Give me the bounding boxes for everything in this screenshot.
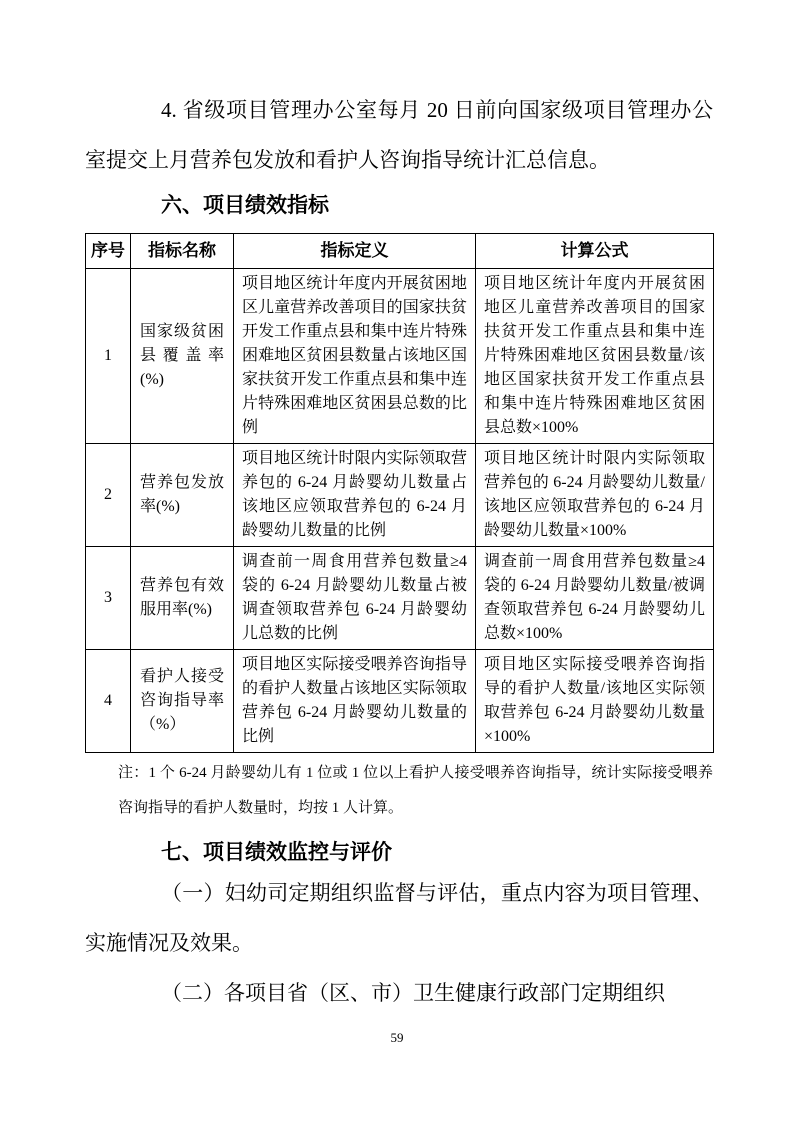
table-row: 3 营养包有效服用率(%) 调查前一周食用营养包数量≥4 袋的 6-24 月龄婴… bbox=[86, 547, 714, 650]
cell-formula: 项目地区实际接受喂养咨询指导的看护人数量/该地区实际领取营养包 6-24 月龄婴… bbox=[476, 650, 714, 753]
cell-formula: 项目地区统计年度内开展贫困地区儿童营养改善项目的国家扶贫开发工作重点县和集中连片… bbox=[476, 269, 714, 444]
paragraph-7-1: （一）妇幼司定期组织监督与评估，重点内容为项目管理、实施情况及效果。 bbox=[85, 868, 713, 968]
cell-index: 4 bbox=[86, 650, 131, 753]
performance-indicators-table: 序号 指标名称 指标定义 计算公式 1 国家级贫困县覆盖率(%) 项目地区统计年… bbox=[85, 233, 714, 753]
column-header-index: 序号 bbox=[86, 234, 131, 269]
table-header-row: 序号 指标名称 指标定义 计算公式 bbox=[86, 234, 714, 269]
cell-index: 1 bbox=[86, 269, 131, 444]
cell-indicator-definition: 项目地区实际接受喂养咨询指导的看护人数量占该地区实际领取营养包 6-24 月龄婴… bbox=[234, 650, 476, 753]
table-row: 4 看护人接受咨询指导率（%） 项目地区实际接受喂养咨询指导的看护人数量占该地区… bbox=[86, 650, 714, 753]
column-header-formula: 计算公式 bbox=[476, 234, 714, 269]
cell-index: 3 bbox=[86, 547, 131, 650]
table-row: 2 营养包发放率(%) 项目地区统计时限内实际领取营养包的 6-24 月龄婴幼儿… bbox=[86, 444, 714, 547]
document-page: 4. 省级项目管理办公室每月 20 日前向国家级项目管理办公室提交上月营养包发放… bbox=[0, 0, 794, 1122]
column-header-indicator-name: 指标名称 bbox=[131, 234, 234, 269]
table-row: 1 国家级贫困县覆盖率(%) 项目地区统计年度内开展贫困地区儿童营养改善项目的国… bbox=[86, 269, 714, 444]
paragraph-item-4: 4. 省级项目管理办公室每月 20 日前向国家级项目管理办公室提交上月营养包发放… bbox=[85, 85, 713, 185]
cell-indicator-name: 国家级贫困县覆盖率(%) bbox=[131, 269, 234, 444]
cell-indicator-name: 营养包有效服用率(%) bbox=[131, 547, 234, 650]
paragraph-7-2: （二）各项目省（区、市）卫生健康行政部门定期组织 bbox=[85, 968, 713, 1018]
section-6-heading: 六、项目绩效指标 bbox=[85, 191, 713, 221]
section-7-heading: 七、项目绩效监控与评价 bbox=[85, 838, 713, 868]
cell-formula: 项目地区统计时限内实际领取营养包的 6-24 月龄婴幼儿数量/该地区应领取营养包… bbox=[476, 444, 714, 547]
page-number: 59 bbox=[0, 1028, 794, 1048]
cell-indicator-definition: 调查前一周食用营养包数量≥4 袋的 6-24 月龄婴幼儿数量占被调查领取营养包 … bbox=[234, 547, 476, 650]
cell-indicator-name: 看护人接受咨询指导率（%） bbox=[131, 650, 234, 753]
cell-indicator-name: 营养包发放率(%) bbox=[131, 444, 234, 547]
cell-indicator-definition: 项目地区统计年度内开展贫困地区儿童营养改善项目的国家扶贫开发工作重点县和集中连片… bbox=[234, 269, 476, 444]
cell-formula: 调查前一周食用营养包数量≥4 袋的 6-24 月龄婴幼儿数量/被调查领取营养包 … bbox=[476, 547, 714, 650]
cell-indicator-definition: 项目地区统计时限内实际领取营养包的 6-24 月龄婴幼儿数量占该地区应领取营养包… bbox=[234, 444, 476, 547]
cell-index: 2 bbox=[86, 444, 131, 547]
column-header-indicator-definition: 指标定义 bbox=[234, 234, 476, 269]
table-note: 注：1 个 6-24 月龄婴幼儿有 1 位或 1 位以上看护人接受喂养咨询指导，… bbox=[118, 756, 713, 826]
